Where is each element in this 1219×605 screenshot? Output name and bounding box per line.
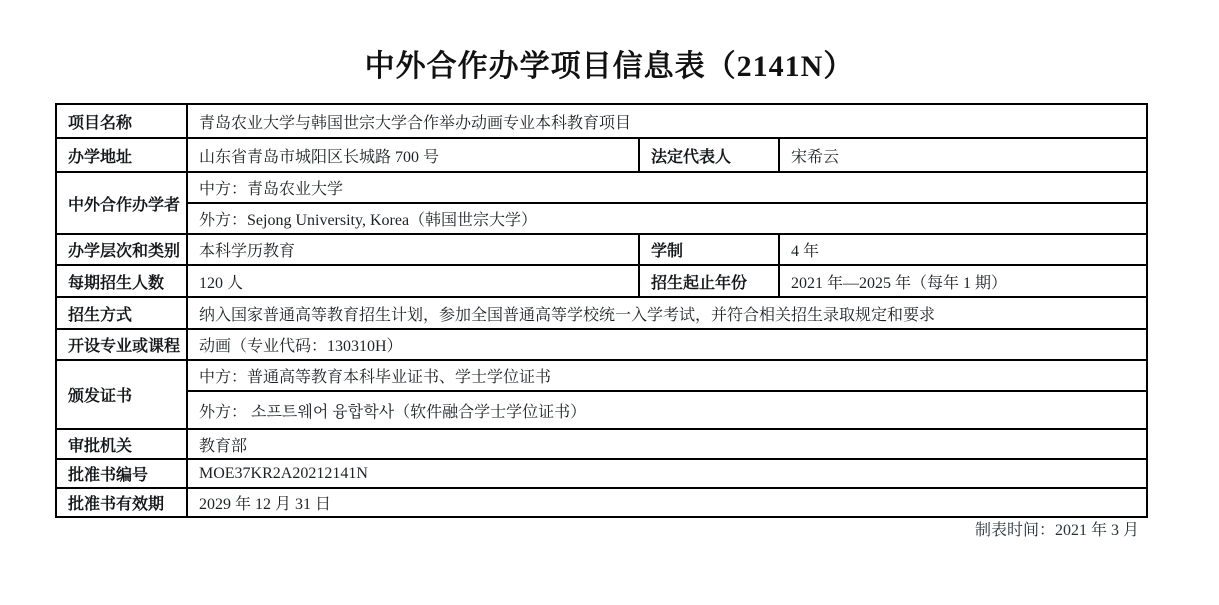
duration-value: 4 年 (779, 234, 1147, 265)
partners-label: 中外合作办学者 (56, 172, 187, 234)
enrollment-years-value: 2021 年—2025 年（每年 1 期） (779, 265, 1147, 297)
table-row-enrollment-method: 招生方式 纳入国家普通高等教育招生计划，参加全国普通高等学校统一入学考试，并符合… (56, 297, 1147, 329)
legal-representative-value: 宋希云 (779, 138, 1147, 172)
document-page: 中外合作办学项目信息表（2141N） 项目名称 青岛农业大学与韩国世宗大学合作举… (0, 0, 1219, 605)
approval-validity-label: 批准书有效期 (56, 488, 187, 517)
partners-chinese-value: 中方：青岛农业大学 (187, 172, 1147, 203)
table-row-partners-foreign: 外方：Sejong University, Korea（韩国世宗大学） (56, 203, 1147, 234)
table-row-address: 办学地址 山东省青岛市城阳区长城路 700 号 法定代表人 宋希云 (56, 138, 1147, 172)
table-created-time: 制表时间：2021 年 3 月 (0, 517, 1139, 540)
level-category-value: 本科学历教育 (187, 234, 639, 265)
table-row-certificates-chinese: 颁发证书 中方：普通高等教育本科毕业证书、学士学位证书 (56, 360, 1147, 391)
certificates-label: 颁发证书 (56, 360, 187, 429)
project-name-value: 青岛农业大学与韩国世宗大学合作举办动画专业本科教育项目 (187, 104, 1147, 138)
table-row-approval-authority: 审批机关 教育部 (56, 429, 1147, 459)
address-value: 山东省青岛市城阳区长城路 700 号 (187, 138, 639, 172)
duration-label: 学制 (639, 234, 779, 265)
approval-number-value: MOE37KR2A20212141N (187, 459, 1147, 488)
table-row-certificates-foreign: 外方： 소프트웨어 융합학사（软件融合学士学位证书） (56, 391, 1147, 429)
approval-number-label: 批准书编号 (56, 459, 187, 488)
majors-courses-label: 开设专业或课程 (56, 329, 187, 360)
approval-authority-label: 审批机关 (56, 429, 187, 459)
certificates-foreign-value: 外方： 소프트웨어 융합학사（软件融合学士学位证书） (187, 391, 1147, 429)
table-row-project-name: 项目名称 青岛农业大学与韩国世宗大学合作举办动画专业本科教育项目 (56, 104, 1147, 138)
enrollment-method-label: 招生方式 (56, 297, 187, 329)
page-title: 中外合作办学项目信息表（2141N） (0, 41, 1219, 85)
partners-foreign-value: 外方：Sejong University, Korea（韩国世宗大学） (187, 203, 1147, 234)
enrollment-per-term-label: 每期招生人数 (56, 265, 187, 297)
certificates-chinese-value: 中方：普通高等教育本科毕业证书、学士学位证书 (187, 360, 1147, 391)
legal-representative-label: 法定代表人 (639, 138, 779, 172)
table-row-approval-number: 批准书编号 MOE37KR2A20212141N (56, 459, 1147, 488)
info-table: 项目名称 青岛农业大学与韩国世宗大学合作举办动画专业本科教育项目 办学地址 山东… (55, 103, 1148, 518)
majors-courses-value: 动画（专业代码：130310H） (187, 329, 1147, 360)
enrollment-method-value: 纳入国家普通高等教育招生计划，参加全国普通高等学校统一入学考试，并符合相关招生录… (187, 297, 1147, 329)
table-row-partners-chinese: 中外合作办学者 中方：青岛农业大学 (56, 172, 1147, 203)
level-category-label: 办学层次和类别 (56, 234, 187, 265)
approval-authority-value: 教育部 (187, 429, 1147, 459)
address-label: 办学地址 (56, 138, 187, 172)
enrollment-years-label: 招生起止年份 (639, 265, 779, 297)
approval-validity-value: 2029 年 12 月 31 日 (187, 488, 1147, 517)
table-row-enrollment: 每期招生人数 120 人 招生起止年份 2021 年—2025 年（每年 1 期… (56, 265, 1147, 297)
table-row-majors: 开设专业或课程 动画（专业代码：130310H） (56, 329, 1147, 360)
table-row-level: 办学层次和类别 本科学历教育 学制 4 年 (56, 234, 1147, 265)
project-name-label: 项目名称 (56, 104, 187, 138)
table-row-approval-validity: 批准书有效期 2029 年 12 月 31 日 (56, 488, 1147, 517)
enrollment-per-term-value: 120 人 (187, 265, 639, 297)
